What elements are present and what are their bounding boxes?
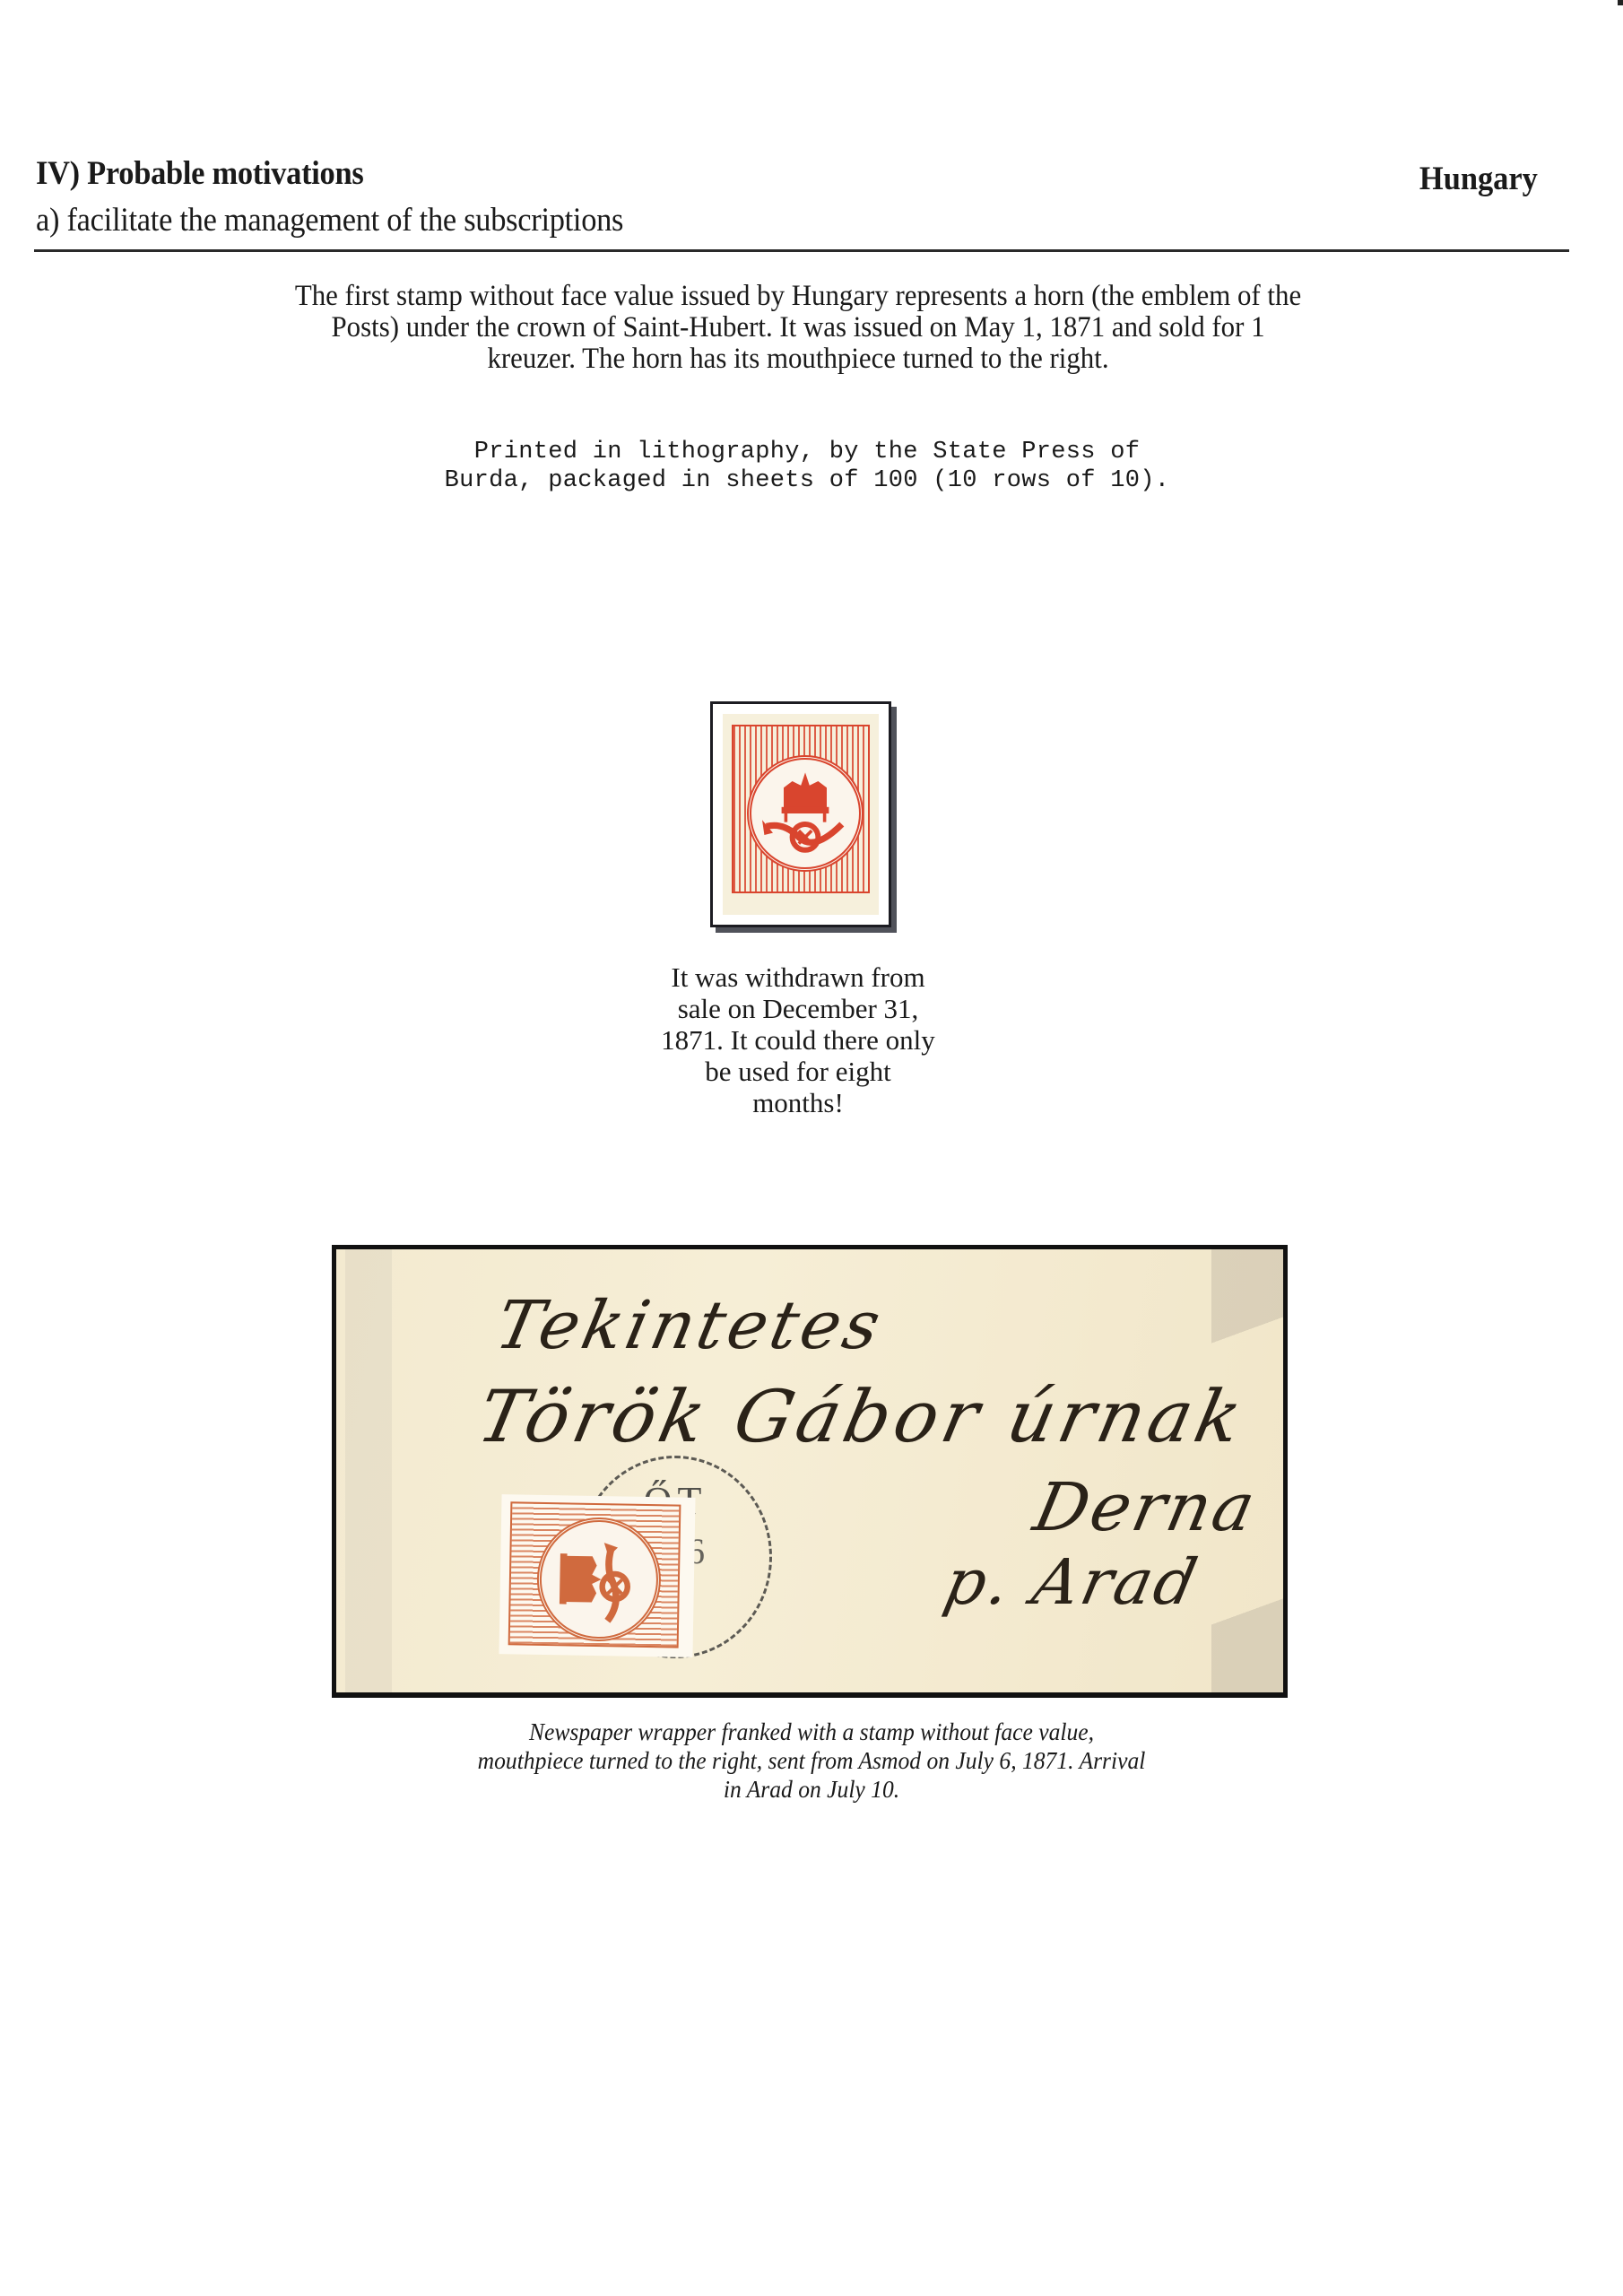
section-title: IV) Probable motivations [36,154,363,193]
stamp-caption-line: months! [610,1087,986,1118]
section-subtitle: a) facilitate the management of the subs… [36,201,623,239]
stamp-caption-line: be used for eight [610,1056,986,1087]
wrapper-stamp-design [508,1501,681,1648]
stamp-caption: It was withdrawn from sale on December 3… [610,961,986,1118]
stamp-design [732,725,870,893]
stamp-image [710,701,891,927]
intro-line: kreuzer. The horn has its mouthpiece tur… [211,344,1386,375]
crown-and-horn-emblem-icon [536,1517,662,1642]
handwritten-address-line: Tekintetes [490,1287,890,1364]
intro-line: The first stamp without face value issue… [211,281,1386,312]
stamp-caption-line: It was withdrawn from [610,961,986,993]
header-divider [34,249,1569,252]
crown-and-horn-emblem-icon [747,755,864,872]
handwritten-address-line: p. Arad [938,1545,1205,1619]
printing-note: Printed in lithography, by the State Pre… [359,438,1255,495]
scan-corner-mark [1618,0,1623,5]
country-label: Hungary [1419,160,1538,198]
newspaper-wrapper-image: Tekintetes Török Gábor úrnak Derna p. Ar… [332,1245,1288,1698]
intro-paragraph: The first stamp without face value issue… [211,281,1386,375]
stamp-caption-line: 1871. It could there only [610,1024,986,1056]
wrapper-caption-line: Newspaper wrapper franked with a stamp w… [390,1718,1232,1746]
wrapper-caption-line: mouthpiece turned to the right, sent fro… [390,1746,1232,1775]
stamp-paper [723,714,879,915]
printing-note-line: Burda, packaged in sheets of 100 (10 row… [359,466,1255,495]
wrapper-caption-line: in Arad on July 10. [390,1775,1232,1804]
handwritten-address-line: Török Gábor úrnak [471,1375,1254,1458]
intro-line: Posts) under the crown of Saint-Hubert. … [211,312,1386,344]
stamp-caption-line: sale on December 31, [610,993,986,1024]
printing-note-line: Printed in lithography, by the State Pre… [359,438,1255,466]
wrapper-caption: Newspaper wrapper franked with a stamp w… [390,1718,1232,1804]
handwritten-address-line: Derna [1028,1469,1264,1546]
wrapper-stamp [499,1494,695,1657]
